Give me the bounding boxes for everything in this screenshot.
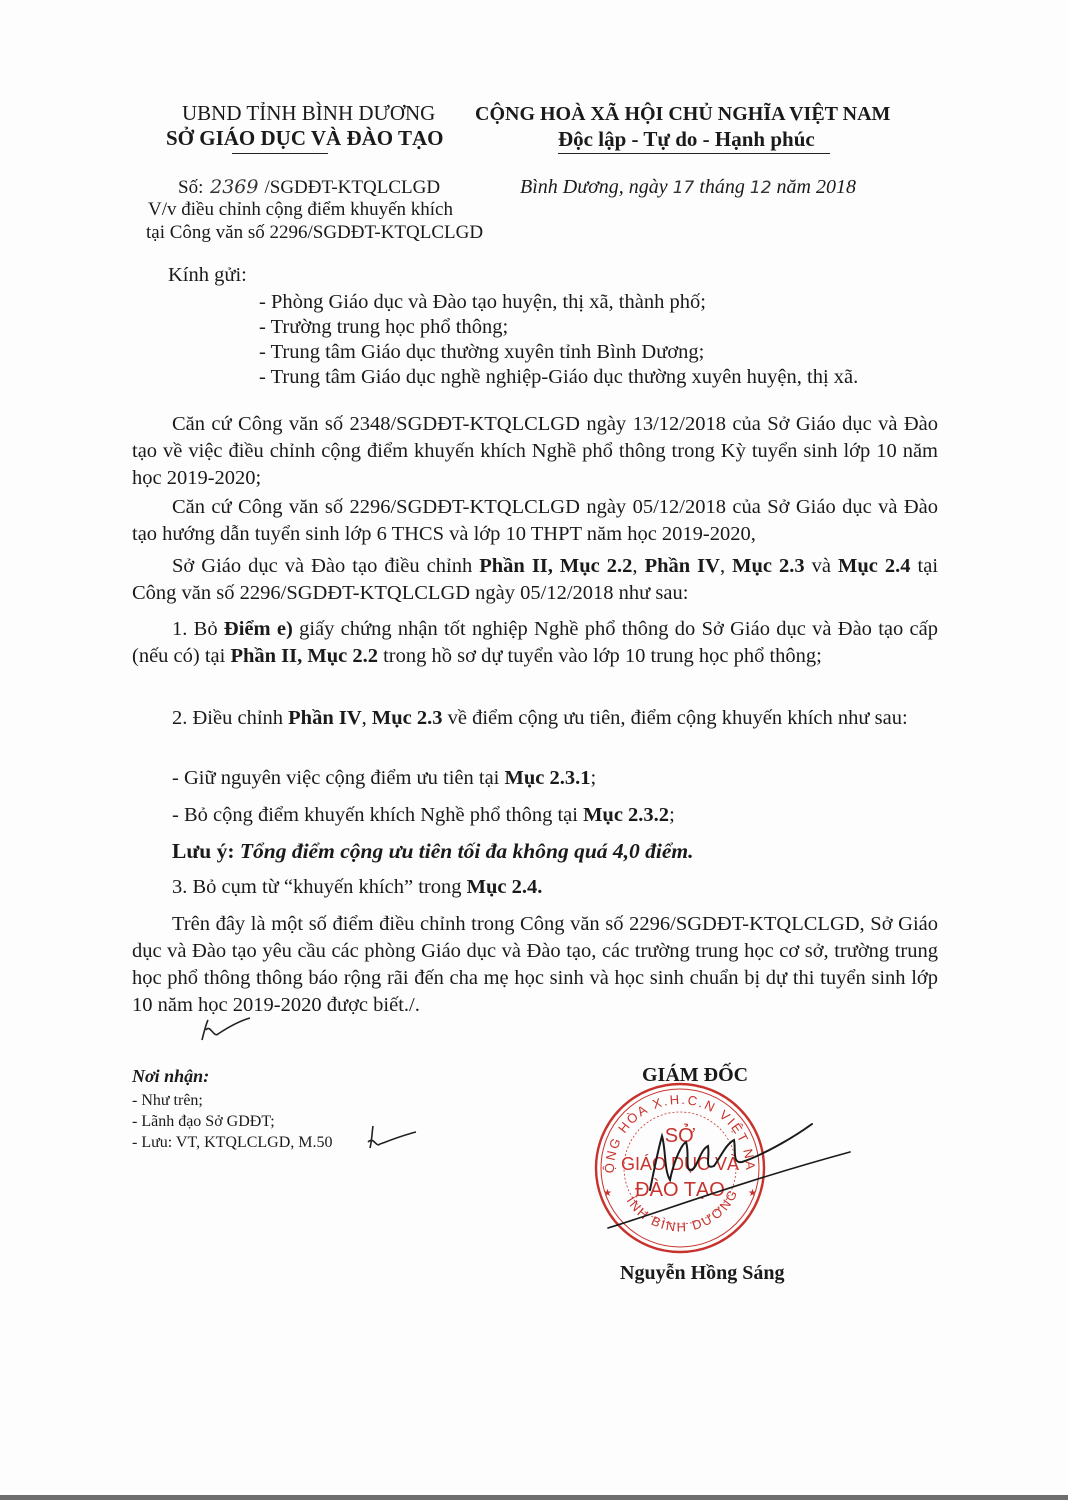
item-1-paragraph: 1. Bỏ Điểm e) giấy chứng nhận tốt nghiệp…	[132, 616, 938, 670]
recipients-item: - Lãnh đạo Sở GDĐT;	[132, 1112, 275, 1132]
sub-2-bold: Mục 2.3.2	[583, 804, 669, 826]
intro-bold: Phần II, Mục 2.2	[479, 555, 632, 577]
item-2-sub-2: - Bỏ cộng điểm khuyến khích Nghề phổ thô…	[132, 802, 938, 829]
sub-1-text: - Giữ nguyên việc cộng điểm ưu tiên tại	[172, 767, 504, 789]
note-text: Tổng điểm cộng ưu tiên tối đa không quá …	[234, 839, 693, 863]
nation-title: CỘNG HOÀ XÃ HỘI CHỦ NGHĨA VIỆT NAM	[475, 102, 890, 126]
recipient-item: - Phòng Giáo dục và Đào tạo huyện, thị x…	[259, 289, 706, 316]
intro-text: ,	[720, 555, 732, 577]
recipients-title: Nơi nhận:	[132, 1066, 209, 1087]
doc-number-suffix: /SGDĐT-KTQLCLGD	[264, 177, 440, 198]
sub-1-text: ;	[590, 767, 596, 789]
basis-paragraph-1: Căn cứ Công văn số 2348/SGDĐT-KTQLCLGD n…	[132, 411, 938, 492]
item-3-paragraph: 3. Bỏ cụm từ “khuyến khích” trong Mục 2.…	[132, 874, 938, 901]
signature-title: GIÁM ĐỐC	[642, 1064, 748, 1087]
item-2-text: 2. Điều chỉnh	[172, 707, 288, 729]
item-2-bold: Mục 2.3	[372, 707, 443, 729]
item-1-bold: Phần II, Mục 2.2	[230, 645, 378, 667]
handwritten-signature-icon	[600, 1100, 860, 1230]
date-month-label: tháng	[699, 176, 745, 198]
item-2-paragraph: 2. Điều chỉnh Phần IV, Mục 2.3 về điểm c…	[132, 705, 938, 732]
basis-2-text: Căn cứ Công văn số 2296/SGDĐT-KTQLCLGD n…	[132, 496, 938, 545]
item-1-text: 1. Bỏ	[172, 618, 224, 640]
intro-paragraph: Sở Giáo dục và Đào tạo điều chỉnh Phần I…	[132, 553, 938, 607]
intro-text: và	[805, 555, 838, 577]
doc-number-prefix: Số:	[178, 177, 203, 198]
intro-text: ,	[632, 555, 644, 577]
date-prefix: Bình Dương, ngày	[520, 176, 668, 198]
intro-text: Sở Giáo dục và Đào tạo điều chỉnh	[172, 555, 479, 577]
note-paragraph: Lưu ý: Tổng điểm cộng ưu tiên tối đa khô…	[132, 838, 938, 865]
recipient-item: - Trường trung học phổ thông;	[259, 314, 508, 341]
date-day-handwritten: 17	[673, 178, 695, 198]
signer-name: Nguyễn Hồng Sáng	[620, 1262, 785, 1285]
org-underline	[232, 153, 328, 154]
item-1-text: trong hồ sơ dự tuyển vào lớp 10 trung họ…	[378, 645, 822, 667]
subject-line-1: V/v điều chỉnh cộng điểm khuyến khích	[148, 199, 453, 221]
basis-paragraph-2: Căn cứ Công văn số 2296/SGDĐT-KTQLCLGD n…	[132, 494, 938, 548]
document-number: Số: 2369/SGDĐT-KTQLCLGD	[178, 176, 440, 199]
initials-icon	[196, 1014, 256, 1044]
doc-number-handwritten: 2369	[210, 176, 258, 198]
motto: Độc lập - Tự do - Hạnh phúc	[558, 127, 815, 151]
closing-paragraph: Trên đây là một số điểm điều chỉnh trong…	[132, 911, 938, 1019]
recipients-item: - Lưu: VT, KTQLCLGD, M.50	[132, 1133, 333, 1153]
subject-line-2: tại Công văn số 2296/SGDĐT-KTQLCLGD	[146, 222, 483, 244]
item-3-text: 3. Bỏ cụm từ “khuyến khích” trong	[172, 876, 467, 898]
recipient-item: - Trung tâm Giáo dục nghề nghiệp-Giáo dụ…	[259, 364, 858, 391]
org-name: SỞ GIÁO DỤC VÀ ĐÀO TẠO	[166, 126, 444, 150]
note-label: Lưu ý:	[172, 839, 234, 863]
intro-bold: Mục 2.4	[838, 555, 911, 577]
date-year: năm 2018	[777, 176, 856, 198]
motto-underline	[558, 153, 830, 154]
item-2-bold: Phần IV	[288, 707, 361, 729]
org-parent: UBND TỈNH BÌNH DƯƠNG	[182, 101, 435, 125]
recipient-item: - Trung tâm Giáo dục thường xuyên tỉnh B…	[259, 339, 704, 366]
date-line: Bình Dương, ngày 17 tháng 12 năm 2018	[520, 176, 856, 199]
recipients-item: - Như trên;	[132, 1091, 203, 1111]
item-2-sub-1: - Giữ nguyên việc cộng điểm ưu tiên tại …	[132, 765, 938, 792]
basis-1-text: Căn cứ Công văn số 2348/SGDĐT-KTQLCLGD n…	[132, 413, 938, 489]
date-month-handwritten: 12	[750, 178, 772, 198]
closing-text: Trên đây là một số điểm điều chỉnh trong…	[132, 913, 938, 1016]
intro-bold: Mục 2.3	[732, 555, 805, 577]
initials-icon	[364, 1124, 424, 1154]
item-2-text: về điểm cộng ưu tiên, điểm cộng khuyến k…	[443, 707, 908, 729]
scan-edge	[0, 1495, 1068, 1500]
item-3-bold: Mục 2.4.	[467, 876, 543, 898]
greeting-label: Kính gửi:	[168, 262, 247, 289]
sub-1-bold: Mục 2.3.1	[504, 767, 590, 789]
intro-bold: Phần IV	[645, 555, 720, 577]
item-2-text: ,	[362, 707, 372, 729]
item-1-bold: Điểm e)	[224, 618, 293, 640]
sub-2-text: ;	[669, 804, 675, 826]
sub-2-text: - Bỏ cộng điểm khuyến khích Nghề phổ thô…	[172, 804, 583, 826]
